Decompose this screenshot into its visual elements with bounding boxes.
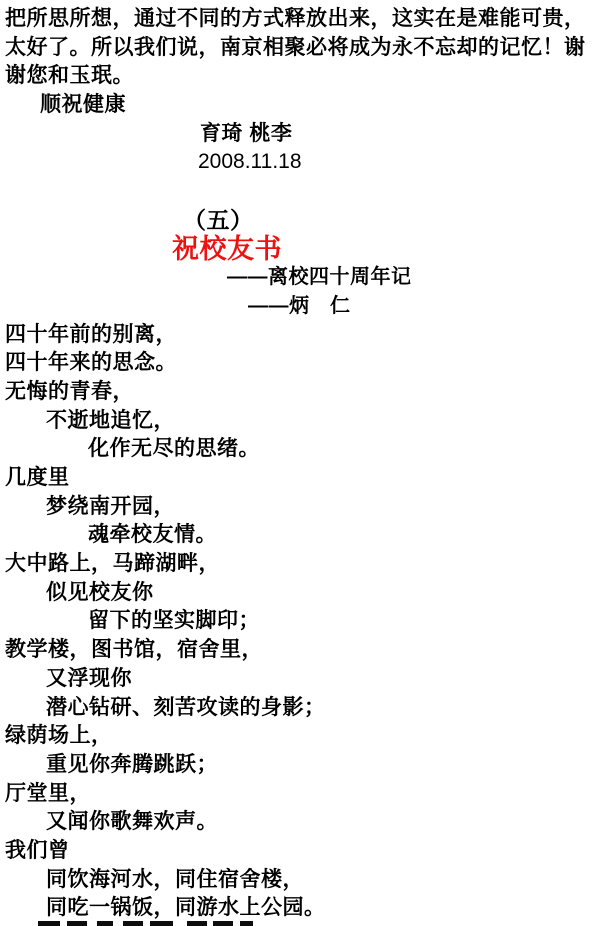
blank-line [0,177,606,206]
poem-line: 化作无尽的思绪。 [0,435,606,464]
letter-body-line: 太好了。所以我们说，南京相聚必将成为永不忘却的记忆！谢 [0,34,606,63]
poem-line: 不逝地追忆， [0,407,606,436]
letter-body-line: 谢您和玉珉。 [0,62,606,91]
poem-title: 祝校友书 [0,235,606,264]
poem-line: 几度里 [0,464,606,493]
signature-line: 育琦 桃李 [0,120,606,149]
clipped-line-fragment [97,921,113,926]
poem-line: 大中路上，马蹄湖畔， [0,550,606,579]
poem-line: 厅堂里， [0,780,606,809]
poem-line: 梦绕南开园， [0,493,606,522]
clipped-line-fragment [67,921,87,926]
poem-line: 绿荫场上， [0,722,606,751]
poem-line: 重见你奔腾跳跃； [0,751,606,780]
poem-author: ——炳 仁 [0,292,606,321]
poem-line: 我们曾 [0,837,606,866]
poem-line: 同吃一锅饭，同游水上公园。 [0,894,606,923]
salute-line: 顺祝健康 [0,91,606,120]
poem-line: 无悔的青春， [0,378,606,407]
section-number: （五） [0,206,606,235]
poem-line: 潜心钻研、刻苦攻读的身影； [0,694,606,723]
clipped-line-fragment [123,921,143,926]
poem-line: 魂牵校友情。 [0,521,606,550]
poem-line: 同饮海河水，同住宿舍楼， [0,866,606,895]
poem-line: 似见校友你 [0,579,606,608]
poem-line: 四十年来的思念。 [0,349,606,378]
clipped-line-fragment [150,921,173,926]
clipped-line-fragment [240,921,253,926]
clipped-line-fragment [187,921,207,926]
poem-line: 四十年前的别离， [0,321,606,350]
poem-line: 留下的坚实脚印； [0,607,606,636]
document-page: 把所思所想，通过不同的方式释放出来，这实在是难能可贵， 太好了。所以我们说，南京… [0,0,606,926]
clipped-line-fragment [38,921,60,926]
letter-body-line: 把所思所想，通过不同的方式释放出来，这实在是难能可贵， [0,5,606,34]
poem-line: 又闻你歌舞欢声。 [0,808,606,837]
clipped-line-fragment [213,921,233,926]
poem-line: 教学楼，图书馆，宿舍里， [0,636,606,665]
poem-subtitle: ——离校四十周年记 [0,263,606,292]
date-line: 2008.11.18 [0,148,606,177]
poem-line: 又浮现你 [0,665,606,694]
